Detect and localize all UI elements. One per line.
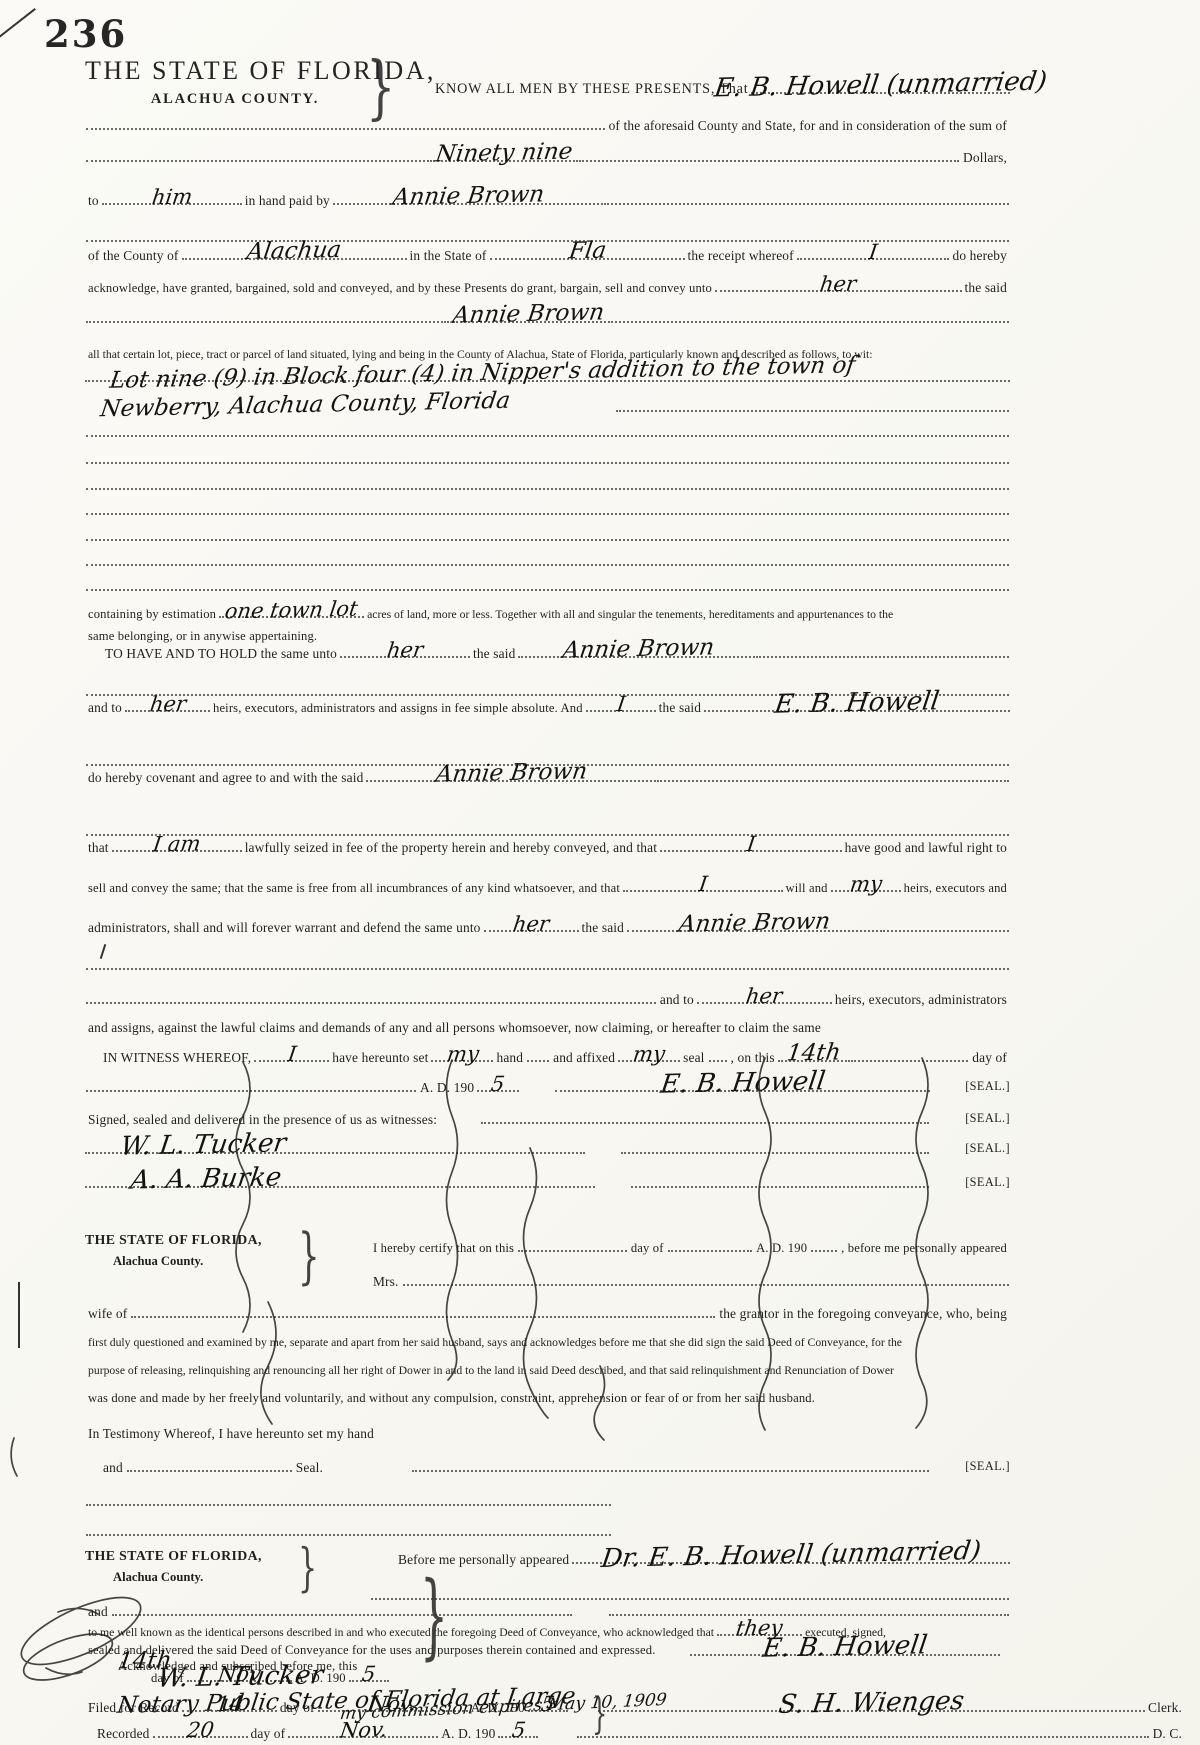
notary-county-title: Alachua County. <box>113 1570 320 1585</box>
notary-signature-handwriting: W. L. Tucker <box>150 1664 330 1690</box>
dotted-leader <box>657 780 1009 782</box>
amount-line: Ninety nine Dollars, <box>85 142 1010 166</box>
defend-said-field: Annie Brown <box>627 914 882 932</box>
payer-field: Annie Brown <box>333 187 603 205</box>
page-edge-mark <box>18 1282 20 1348</box>
to-have-line: TO HAVE AND TO HOLD the same unto her th… <box>85 638 1010 662</box>
my-hand-handwriting: my <box>439 1046 485 1065</box>
dotted-leader <box>86 1504 611 1506</box>
dower-header-block: THE STATE OF FLORIDA, Alachua County. <box>85 1232 320 1269</box>
dotted-leader <box>811 1250 837 1252</box>
ad-signature-line: A. D. 190 5 E. B. Howell [SEAL.] <box>85 1072 1010 1096</box>
day-of-text: day of <box>969 1051 1010 1066</box>
in-witness-text: IN WITNESS WHEREOF, <box>85 1051 254 1066</box>
and-to-text: and to <box>85 701 125 716</box>
notary-state-title: THE STATE OF FLORIDA, <box>85 1548 320 1564</box>
heirs-exec-text: heirs, executors and <box>901 882 1010 896</box>
dotted-leader <box>883 930 1009 932</box>
lawfully-text: lawfully seized in fee of the property h… <box>242 841 660 856</box>
presents-line: KNOW ALL MEN BY THESE PRESENTS, That E. … <box>432 74 1010 98</box>
dotted-leader <box>86 564 1009 566</box>
have-unto-field: her <box>340 642 470 658</box>
dotted-leader <box>621 1152 929 1154</box>
filed-day-handwriting: 14 <box>209 1696 250 1715</box>
dotted-leader <box>577 1736 1148 1738</box>
dollars-text: Dollars, <box>960 151 1010 166</box>
recorded-day-of-text: day of <box>248 1727 289 1742</box>
dotted-leader <box>86 488 1009 490</box>
witness1-line: W. L. Tucker [SEAL.] <box>85 1134 1010 1158</box>
county-title: ALACHUA COUNTY. <box>85 91 385 108</box>
dotted-leader <box>127 1470 292 1472</box>
sell-convey-line: sell and convey the same; that the same … <box>85 872 1010 896</box>
my-seal-field: my <box>618 1046 680 1062</box>
and-to-2-field: her <box>697 988 832 1004</box>
dotted-leader <box>709 1060 727 1062</box>
grantor-handwriting: E. B. Howell (unmarried) <box>707 70 1054 99</box>
recorded-day-handwriting: 20 <box>179 1722 220 1741</box>
filed-year-field: 5 <box>528 1696 568 1712</box>
ruled-line <box>85 546 1010 570</box>
description-line-2: Newberry, Alachua County, Florida <box>85 392 1010 416</box>
wife-of-text: wife of <box>85 1307 130 1322</box>
wife-of-line: wife of the grantor in the foregoing con… <box>85 1298 1010 1322</box>
seal-label: [SEAL.] <box>930 1175 1010 1192</box>
dotted-leader <box>86 321 446 323</box>
i-am-field: I am <box>112 836 242 852</box>
dotted-leader <box>668 1250 753 1252</box>
grantor-line-text: the grantor in the foregoing conveyance,… <box>716 1307 1010 1322</box>
notary-grantor-signature: E. B. Howell <box>755 1634 934 1660</box>
seal-label: [SEAL.] <box>930 1111 1010 1128</box>
dotted-leader <box>86 539 1009 541</box>
unto-field: her <box>715 276 962 292</box>
i-am-handwriting: I am <box>146 836 208 855</box>
dotted-leader <box>759 656 1009 658</box>
document-title-block: THE STATE OF FLORIDA, ALACHUA COUNTY. <box>85 56 385 108</box>
dotted-leader <box>86 513 1009 515</box>
county-field: Alachua <box>182 242 407 260</box>
dower-before-text: , before me personally appeared <box>838 1242 1010 1256</box>
signature-field: E. B. Howell <box>555 1072 930 1092</box>
and-to-handwriting: her <box>142 696 193 715</box>
grantee-line: Annie Brown <box>85 303 1010 327</box>
the-said-text: the said <box>962 281 1010 296</box>
defend-line: administrators, shall and will forever w… <box>85 912 1010 936</box>
have-said-field: Annie Brown <box>518 640 758 658</box>
in-state-text: in the State of <box>407 249 490 264</box>
dotted-leader <box>86 435 1009 437</box>
county-handwriting: Alachua <box>240 241 349 263</box>
county-state-line: of the County of Alachua in the State of… <box>85 240 1010 264</box>
mrs-line: Mrs. <box>370 1266 1010 1290</box>
and-to-2-text: and to <box>657 993 697 1008</box>
clerk-signature: S. H. Wienges <box>771 1690 971 1716</box>
ruled-line <box>85 470 1010 494</box>
have-said-handwriting: Annie Brown <box>555 639 721 662</box>
dower-and-text: and <box>85 1461 126 1476</box>
description-handwriting-1: Lot nine (9) in Block four (4) in Nipper… <box>102 357 862 392</box>
dotted-leader <box>412 1470 929 1472</box>
dower-para2-text: purpose of releasing, relinquishing and … <box>85 1365 897 1378</box>
page-number: 236 <box>44 12 127 56</box>
him-handwriting: him <box>144 189 199 208</box>
containing-line: containing by estimation one town lot ac… <box>85 598 1010 622</box>
of-county-text: of the County of <box>85 249 182 264</box>
ruled-line <box>85 1516 1010 1540</box>
clerk-signature-field: S. H. Wienges <box>598 1692 1145 1712</box>
dotted-leader <box>86 589 1009 591</box>
seal-word-text: seal <box>680 1051 707 1066</box>
that-i-field: I <box>660 836 841 852</box>
seized-line: that I am lawfully seized in fee of the … <box>85 832 1010 856</box>
dower-para3-line: was done and made by her freely and volu… <box>85 1382 1010 1406</box>
dotted-leader <box>86 968 1009 970</box>
receipt-text: the receipt whereof <box>685 249 797 264</box>
payee-field: him <box>102 189 242 205</box>
ack-year-field: 5 <box>349 1666 389 1682</box>
dotted-leader <box>86 1090 416 1092</box>
that-i-handwriting: I <box>739 836 762 854</box>
hand-text: hand <box>493 1051 526 1066</box>
recorded-year-field: 5 <box>498 1722 538 1738</box>
witness2-field: A. A. Burke <box>85 1168 595 1188</box>
appeared-field: Dr. E. B. Howell (unmarried) <box>572 1544 1010 1564</box>
sell-convey-text: sell and convey the same; that the same … <box>85 882 623 896</box>
witness-i-field: I <box>254 1046 329 1062</box>
sell-i-handwriting: I <box>691 876 714 894</box>
dower-brace: } <box>298 1226 320 1287</box>
appeared-line: Before me personally appeared Dr. E. B. … <box>395 1544 1010 1568</box>
paid-by-line: to him in hand paid by Annie Brown <box>85 185 1010 209</box>
dotted-leader <box>527 1060 549 1062</box>
acknowledge-line: acknowledge, have granted, bargained, so… <box>85 272 1010 296</box>
dower-county-title: Alachua County. <box>113 1254 320 1269</box>
aforesaid-text: of the aforesaid County and State, for a… <box>606 119 1010 134</box>
estimation-field: one town lot <box>219 602 364 618</box>
recorded-month-field: Nov. <box>288 1722 438 1738</box>
ruled-line <box>85 950 1010 974</box>
in-witness-line: IN WITNESS WHEREOF, I have hereunto set … <box>85 1042 1010 1066</box>
will-and-text: will and <box>783 882 831 896</box>
presents-text: KNOW ALL MEN BY THESE PRESENTS, That <box>432 82 751 98</box>
dotted-leader <box>481 1122 929 1124</box>
dotted-leader <box>579 160 959 162</box>
state-handwriting: Fla <box>561 242 613 263</box>
recorded-ad190-text: A. D. 190 <box>438 1727 498 1742</box>
covenant-field: Annie Brown <box>366 764 656 782</box>
dotted-leader <box>518 1250 627 1252</box>
dotted-leader <box>86 1534 611 1536</box>
filed-line: Filed for Record 14 day of Nov. A. D. 19… <box>85 1692 1185 1716</box>
covenant-handwriting: Annie Brown <box>428 763 594 786</box>
in-hand-text: in hand paid by <box>242 194 333 209</box>
notary-signature-line: E. B. Howell <box>690 1636 1000 1660</box>
my-field: my <box>831 876 901 892</box>
witness2-signature: A. A. Burke <box>123 1166 289 1191</box>
dotted-leader <box>631 1186 929 1188</box>
and-assigns-line: and assigns, against the lawful claims a… <box>85 1012 1010 1036</box>
administrators-text: administrators, shall and will forever w… <box>85 921 484 936</box>
state-title: THE STATE OF FLORIDA, <box>85 56 385 86</box>
seal-label: [SEAL.] <box>930 1079 1010 1096</box>
testimony-text: In Testimony Whereof, I have hereunto se… <box>85 1427 377 1442</box>
signed-sealed-line: Signed, sealed and delivered in the pres… <box>85 1104 1010 1128</box>
page-edge-curve <box>11 1438 17 1476</box>
do-hereby-text: do hereby <box>949 249 1010 264</box>
and-assigns-text: and assigns, against the lawful claims a… <box>85 1021 824 1036</box>
unto-handwriting: her <box>813 276 864 295</box>
strike-squiggle <box>236 1062 250 1332</box>
notary-grantor-signature-field: E. B. Howell <box>690 1636 1000 1656</box>
dotted-leader <box>604 203 1009 205</box>
dotted-leader <box>851 1060 969 1062</box>
ack-year-handwriting: 5 <box>355 1666 383 1684</box>
seal-blank-text: Seal. <box>293 1461 326 1476</box>
dotted-leader <box>86 128 605 130</box>
recorded-year-handwriting: 5 <box>504 1722 532 1740</box>
receipt-handwriting: I <box>862 244 885 262</box>
grantor-said-handwriting: E. B. Howell <box>767 690 946 716</box>
dotted-leader <box>131 1316 715 1318</box>
dower-para3-text: was done and made by her freely and volu… <box>85 1392 818 1406</box>
dower-para1-text: first duly questioned and examined by me… <box>85 1337 905 1350</box>
and-i-field: I <box>586 696 656 712</box>
grantee-handwriting: Annie Brown <box>446 304 612 327</box>
the-said-text: the said <box>656 701 704 716</box>
and-to-field: her <box>125 696 210 712</box>
amount-field: Ninety nine <box>430 144 578 162</box>
dotted-leader <box>86 462 1009 464</box>
and-to-heirs-line: and to her heirs, executors, administrat… <box>85 984 1010 1008</box>
my-seal-handwriting: my <box>626 1046 672 1065</box>
receipt-field: I <box>797 244 950 260</box>
dotted-leader <box>86 160 429 162</box>
covenant-line: do hereby covenant and agree to and with… <box>85 762 1010 786</box>
dotted-leader <box>403 1284 1009 1286</box>
grantor-field: E. B. Howell (unmarried) <box>751 74 1010 94</box>
covenant-text: do hereby covenant and agree to and with… <box>85 771 366 786</box>
notary-brace: } <box>298 1544 317 1595</box>
dower-para2-line: purpose of releasing, relinquishing and … <box>85 1354 1010 1378</box>
notary-header-block: THE STATE OF FLORIDA, Alachua County. <box>85 1548 320 1585</box>
recorded-day-field: 20 <box>153 1722 248 1738</box>
mrs-text: Mrs. <box>370 1275 402 1290</box>
recorded-month-handwriting: Nov. <box>332 1722 394 1741</box>
witness1-field: W. L. Tucker <box>85 1134 585 1154</box>
witness2-line: A. A. Burke [SEAL.] <box>85 1168 1010 1192</box>
certify-text: I hereby certify that on this <box>370 1242 517 1256</box>
filed-day-of-text: day of <box>277 1701 318 1716</box>
dotted-leader <box>616 410 1009 412</box>
acknowledge-text: acknowledge, have granted, bargained, so… <box>85 282 715 296</box>
appeared-handwriting: Dr. E. B. Howell (unmarried) <box>594 1540 988 1570</box>
dotted-leader <box>611 321 1009 323</box>
ad190-text: A. D. 190 <box>417 1081 477 1096</box>
description-line-1: Lot nine (9) in Block four (4) in Nipper… <box>85 362 1010 386</box>
year-field: 5 <box>477 1076 519 1092</box>
that-text: that <box>85 841 112 856</box>
acknowledgment-brace: } <box>420 1572 448 1664</box>
filed-year-handwriting: 5 <box>534 1696 562 1714</box>
my-hand-field: my <box>431 1046 493 1062</box>
filed-label: Filed for Record <box>85 1701 182 1716</box>
to-have-text: TO HAVE AND TO HOLD the same unto <box>85 647 340 662</box>
the-said-text: the said <box>579 921 627 936</box>
dower-state-title: THE STATE OF FLORIDA, <box>85 1232 320 1248</box>
seal-label: [SEAL.] <box>930 1141 1010 1158</box>
ruled-line <box>85 417 1010 441</box>
dower-day-of-text: day of <box>628 1242 667 1256</box>
filed-day-field: 14 <box>182 1696 277 1712</box>
to-text: to <box>85 194 102 209</box>
have-unto-handwriting: her <box>380 642 431 661</box>
my-handwriting: my <box>842 876 888 895</box>
estimation-handwriting: one town lot <box>218 601 365 622</box>
dower-para1-line: first duly questioned and examined by me… <box>85 1326 1010 1350</box>
ruled-line <box>85 495 1010 519</box>
on-this-text: , on this <box>728 1051 778 1066</box>
paid-by-handwriting: Annie Brown <box>385 186 551 209</box>
day-handwriting: 14th <box>780 1044 848 1065</box>
and-to-2-handwriting: her <box>739 988 790 1007</box>
description-field-2: Newberry, Alachua County, Florida <box>85 396 615 412</box>
dower-ad190-text: A. D. 190 <box>753 1242 810 1256</box>
year-handwriting: 5 <box>484 1076 512 1094</box>
defend-unto-handwriting: her <box>506 916 557 935</box>
ruled-line <box>85 521 1010 545</box>
seal-label: [SEAL.] <box>930 1459 1010 1476</box>
heirs-line: and to her heirs, executors, administrat… <box>85 692 1010 716</box>
page-corner-mark <box>0 8 36 38</box>
defend-unto-field: her <box>484 916 579 932</box>
hereunto-text: have hereunto set <box>329 1051 431 1066</box>
description-field-1: Lot nine (9) in Block four (4) in Nipper… <box>85 364 1010 382</box>
clerk-label: Clerk. <box>1145 1701 1185 1716</box>
and-affixed-text: and affixed <box>550 1051 618 1066</box>
amount-handwriting: Ninety nine <box>429 143 580 166</box>
ruled-line <box>85 571 1010 595</box>
heirs-fee-text: heirs, executors, administrators and ass… <box>210 702 586 716</box>
dc-label: D. C. <box>1150 1727 1185 1742</box>
defend-said-handwriting: Annie Brown <box>672 913 838 936</box>
ruled-line <box>85 1486 1010 1510</box>
filed-month-field: Nov. <box>318 1696 468 1712</box>
sell-i-field: I <box>623 876 782 892</box>
deed-record-page: 236 THE STATE OF FLORIDA, ALACHUA COUNTY… <box>0 0 1200 1745</box>
witness1-signature: W. L. Tucker <box>113 1132 293 1158</box>
testimony-line: In Testimony Whereof, I have hereunto se… <box>85 1418 1010 1442</box>
recorded-line: Recorded 20 day of Nov. A. D. 190 5 D. C… <box>85 1718 1185 1742</box>
state-field: Fla <box>490 242 685 260</box>
ruled-line <box>85 444 1010 468</box>
filed-ad190-text: A. D. 190 <box>468 1701 528 1716</box>
heirs-admin-text: heirs, executors, administrators <box>832 993 1010 1008</box>
filed-month-handwriting: Nov. <box>362 1696 424 1715</box>
certify-line: I hereby certify that on this day of A. … <box>370 1232 1010 1256</box>
day-field: 14th <box>778 1044 850 1062</box>
the-said-text: the said <box>470 647 518 662</box>
dotted-leader <box>86 1002 656 1004</box>
grantor-signature: E. B. Howell <box>653 1070 832 1096</box>
good-right-text: have good and lawful right to <box>842 841 1010 856</box>
grantor-said-field: E. B. Howell <box>704 692 1010 712</box>
witness-i-handwriting: I <box>280 1046 303 1064</box>
signed-sealed-text: Signed, sealed and delivered in the pres… <box>85 1113 440 1128</box>
aforesaid-line: of the aforesaid County and State, for a… <box>85 110 1010 134</box>
dower-seal-line: and Seal. [SEAL.] <box>85 1452 1010 1476</box>
grantee-field: Annie Brown <box>447 305 610 323</box>
and-i-handwriting: I <box>609 696 632 714</box>
recorded-label: Recorded <box>85 1727 153 1742</box>
